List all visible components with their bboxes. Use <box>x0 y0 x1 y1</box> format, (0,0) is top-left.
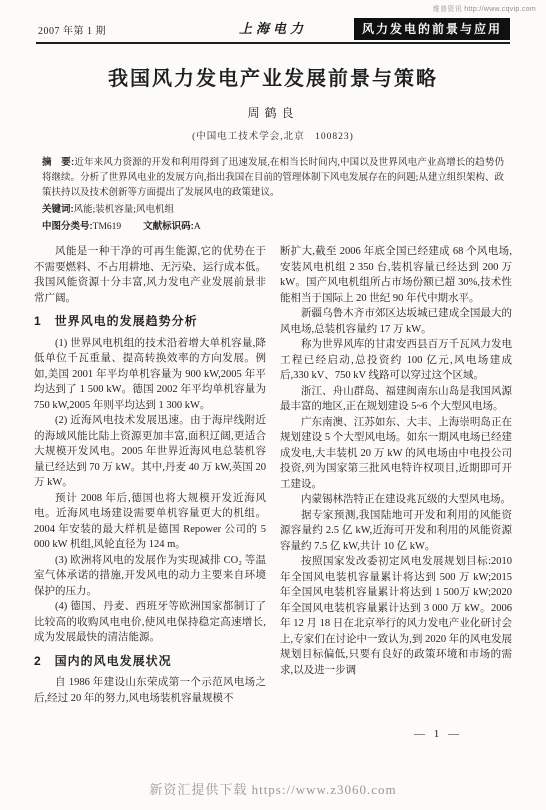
paragraph: 自 1986 年建设山东荣成第一个示范风电场之后,经过 20 年的努力,风电场装… <box>34 675 266 706</box>
paragraph: (3) 欧洲将风电的发展作为实现减排 CO₂ 等温室气体承诺的措施,开发风电的动… <box>34 553 266 600</box>
section-heading-2: 2 国内的风电发展状况 <box>34 654 266 670</box>
cqvip-watermark: 维普资讯 http://www.cqvip.com <box>433 4 536 14</box>
author-name: 周鹤良 <box>0 104 546 121</box>
paragraph: 断扩大,截至 2006 年底全国已经建成 68 个风电场,安装风电机组 2 35… <box>280 244 512 306</box>
clc-value: TM619 <box>93 222 122 232</box>
paragraph: 称为世界风库的甘肃安西县百万千瓦风力发电工程已经启动,总投资约 100 亿元,风… <box>280 337 512 384</box>
paragraph: 新疆乌鲁木齐市郊区达坂城已建成全国最大的风电场,总装机容量约 17 万 kW。 <box>280 306 512 337</box>
keywords-label: 关键词: <box>42 204 74 215</box>
journal-title: 上海电力 <box>239 18 307 37</box>
paragraph: 风能是一种干净的可再生能源,它的优势在于不需要燃料、不占用耕地、无污染、运行成本… <box>34 244 266 306</box>
paragraph: 预计 2008 年后,德国也将大规模开发近海风电。近海风电场建设需要单机容量更大… <box>34 491 266 553</box>
paragraph: 广东南澳、江苏如东、大丰、上海崇明岛正在规划建设 5 个大型风电场。如东一期风电… <box>280 415 512 493</box>
right-column: 断扩大,截至 2006 年底全国已经建成 68 个风电场,安装风电机组 2 35… <box>280 244 512 706</box>
issue-label: 2007 年第 1 期 <box>38 22 106 37</box>
abstract: 摘 要:近年来风力资源的开发和利用得到了迅速发展,在相当长时间内,中国以及世界风… <box>42 155 504 201</box>
paragraph: 内蒙锡林浩特正在建设兆瓦级的大型风电场。 <box>280 492 512 508</box>
keywords: 关键词:风能;装机容量;风电机组 <box>42 202 504 218</box>
paragraph: 浙江、舟山群岛、福建闽南东山岛是我国风源最丰富的地区,正在规划建设 5~6 个大… <box>280 384 512 415</box>
author-affiliation: (中国电工技术学会,北京 100823) <box>0 128 546 142</box>
doc-code-value: A <box>194 222 201 232</box>
document-page: 维普资讯 http://www.cqvip.com 2007 年第 1 期 上海… <box>0 0 546 810</box>
download-watermark: 新资汇提供下载 https://www.z3060.com <box>0 779 546 798</box>
column-tag: 风力发电的前景与应用 <box>354 18 510 40</box>
abstract-text: 近年来风力资源的开发和利用得到了迅速发展,在相当长时间内,中国以及世界风电产业高… <box>42 158 504 198</box>
article-title: 我国风力发电产业发展前景与策略 <box>30 62 516 91</box>
body-columns: 风能是一种干净的可再生能源,它的优势在于不需要燃料、不占用耕地、无污染、运行成本… <box>34 244 512 706</box>
paragraph: (2) 近海风电技术发展迅速。由于海岸线附近的海域风能比陆上资源更加丰富,面积辽… <box>34 413 266 491</box>
page-number: — 1 — <box>414 728 462 740</box>
paragraph: (4) 德国、丹麦、西班牙等欧洲国家都制订了比较高的收购风电电价,使风电保持稳定… <box>34 599 266 646</box>
keywords-text: 风能;装机容量;风电机组 <box>74 205 174 215</box>
classification: 中图分类号:TM619文献标识码:A <box>42 219 504 235</box>
article-meta: 摘 要:近年来风力资源的开发和利用得到了迅速发展,在相当长时间内,中国以及世界风… <box>42 155 504 235</box>
abstract-label: 摘 要: <box>42 157 74 168</box>
doc-code-label: 文献标识码: <box>143 221 194 232</box>
left-column: 风能是一种干净的可再生能源,它的优势在于不需要燃料、不占用耕地、无污染、运行成本… <box>34 244 266 706</box>
paragraph: (1) 世界风电机组的技术沿着增大单机容量,降低单位千瓦重量、提高转换效率的方向… <box>34 336 266 414</box>
paragraph: 按照国家发改委初定风电发展规划目标:2010 年全国风电装机容量累计将达到 50… <box>280 554 512 678</box>
clc-label: 中图分类号: <box>42 221 93 232</box>
paragraph: 据专家预测,我国陆地可开发和利用的风能资源容量约 2.5 亿 kW,近海可开发和… <box>280 508 512 555</box>
section-heading-1: 1 世界风电的发展趋势分析 <box>34 314 266 330</box>
journal-header: 2007 年第 1 期 上海电力 风力发电的前景与应用 <box>36 20 510 44</box>
